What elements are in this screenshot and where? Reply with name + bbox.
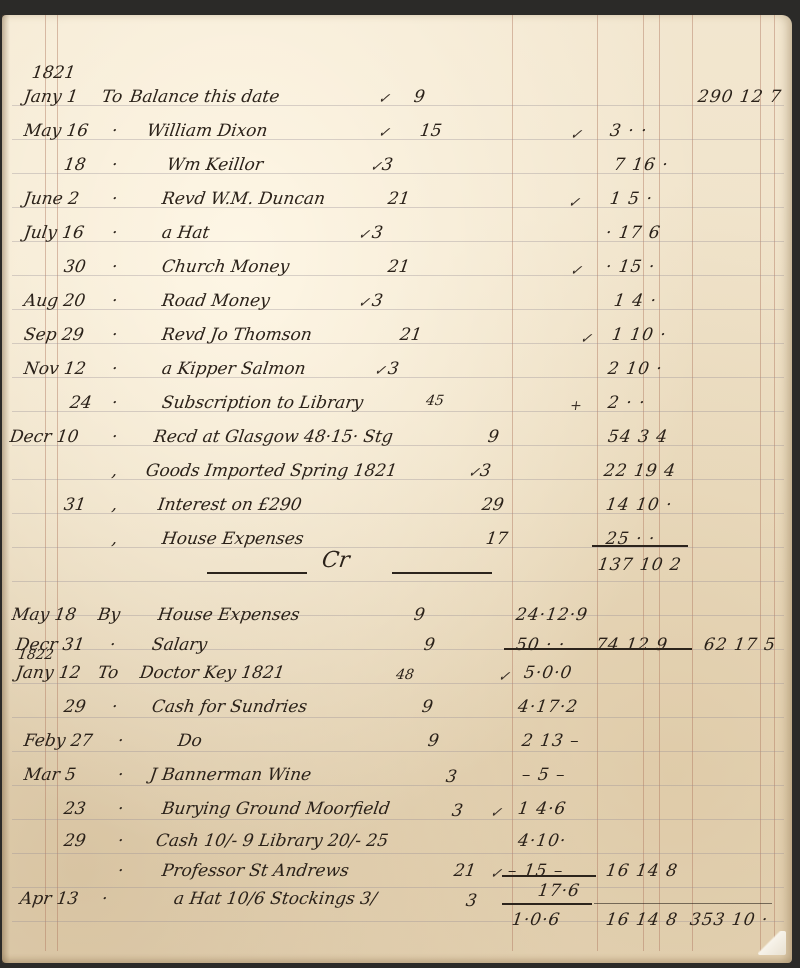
entry-date: Decr 10 [9,427,80,447]
entry-amount: 2 · · [607,393,647,413]
entry-description: Recd at Glasgow 48·15· Stg [153,427,395,447]
entry-date: 18 [63,155,87,175]
entry-amount: · 15 · [605,257,657,277]
final-amount: 1·0·6 [511,910,562,930]
entry-description: a Kipper Salmon [161,359,307,379]
entry-description: Professor St Andrews [161,861,351,881]
folio-ref: 21 [399,325,423,345]
entry-date: June 2 [23,189,81,209]
entry-prefix: · [111,697,119,717]
folio-ref: 9 [487,427,501,447]
folio-ref: 9 [423,635,437,655]
entry-date: Jany 12 [15,663,82,683]
entry-amount: 24·12·9 [515,605,590,625]
ruled-line [12,615,784,616]
folio-ref: 17 [485,529,509,549]
folio-ref: 3 [381,155,395,175]
entry-prefix: · [117,799,125,819]
entry-prefix: · [111,427,119,447]
carry-mark: 3 [465,891,479,911]
posted-mark: ✓ [489,803,504,823]
entry-prefix: · [117,731,125,751]
ruled-line [12,547,784,548]
entry-amount: 1 5 · [609,189,655,209]
entry-amount: 54 3 4 [607,427,670,447]
entry-description: House Expenses [157,605,301,625]
entry-amount: 22 19 4 [603,461,678,481]
entry-date: Nov 12 [23,359,88,379]
section-divider-right [392,572,492,574]
entry-description: Wm Keillor [166,155,265,175]
final-rule-2 [594,903,772,904]
entry-prefix: · [111,189,119,209]
ruled-line [12,717,784,718]
binding-edge [2,15,10,963]
folio-ref: 48 [395,665,416,685]
entry-description: Salary [151,635,209,655]
ruled-line [12,785,784,786]
entry-description: Cash for Sundries [151,697,309,717]
balance-column-rule-3 [774,15,775,951]
entry-description: Do [177,731,204,751]
entry-description: a Hat 10/6 Stockings 3/ [173,889,379,909]
entry-description: J Bannerman Wine [149,765,313,785]
entry-prefix: · [111,359,119,379]
opening-balance: 290 12 7 [697,87,784,107]
folio-ref: 21 [387,189,411,209]
posted-mark: + [569,396,584,416]
entry-prefix: · [111,325,119,345]
entry-date: Feby 27 [23,731,94,751]
ruled-line [12,173,784,174]
entry-prefix: · [101,889,109,909]
entry-description: Doctor Key 1821 [139,663,286,683]
folio-ref: 21 [453,861,477,881]
entry-prefix: · [111,155,119,175]
entry-description: Subscription to Library [161,393,365,413]
final-subtotal: 16 14 8 [605,910,680,930]
entry-description: a Hat [161,223,211,243]
posted-mark: ✓ [569,125,584,145]
entry-prefix: · [111,393,119,413]
debit-total: 137 10 2 [597,555,684,575]
entry-date: 31 [63,495,87,515]
entry-date: Aug 20 [23,291,87,311]
entry-date: Apr 13 [19,889,80,909]
entry-description: William Dixon [146,121,269,141]
subtotal-rule [592,545,688,547]
entry-amount: · 17 6 [605,223,662,243]
ruled-line [12,139,784,140]
entry-date: Jany 1 [23,87,80,107]
ruled-line [12,241,784,242]
entry-amount: 17·6 [537,881,582,901]
entry-prefix: , [111,529,119,549]
entry-date: May 16 [23,121,90,141]
final-grand-total: 353 10 · [689,910,770,930]
entry-amount: 14 10 · [605,495,674,515]
ruled-line [12,377,784,378]
entry-description: Cash 10/- 9 Library 20/- 25 [155,831,390,851]
entry-prefix: · [117,765,125,785]
entry-amount: 4·17·2 [517,697,580,717]
entry-date: July 16 [23,223,86,243]
posted-mark: ✓ [569,261,584,281]
folio-ref: 29 [481,495,505,515]
check-mark: ✓ [357,225,372,245]
entry-prefix: · [117,861,125,881]
entry-prefix: · [109,635,117,655]
entry-amount: 50 · · [515,635,567,655]
section-divider-left [207,572,307,574]
entry-description: Balance this date [129,87,281,107]
entry-amount: 1 10 · [611,325,668,345]
entry-description: Burying Ground Moorfield [161,799,392,819]
entry-amount: 7 16 · [613,155,670,175]
entry-prefix: · [111,121,119,141]
ruled-line [12,853,784,854]
check-mark: ✓ [357,293,372,313]
posted-mark: ✓ [489,864,504,884]
folio-ref: 3 [451,801,465,821]
ledger-page: 1821 Jany 1 To Balance this date ✓ 9 290… [2,15,792,963]
entry-prefix: · [111,257,119,277]
entry-prefix: · [111,291,119,311]
entry-subtotal: 74 12 9 [595,635,670,655]
ruled-line [12,309,784,310]
folio-ref: 15 [419,121,443,141]
entry-amount: 3 · · [609,121,649,141]
entry-date: 24 [69,393,93,413]
ruled-line [12,819,784,820]
balance-column-rule [692,15,693,951]
balance-column-rule-2 [760,15,761,951]
entry-description: Goods Imported Spring 1821 [145,461,399,481]
entry-date: Mar 5 [23,765,78,785]
folio-ref: 3 [479,461,493,481]
entry-prefix: , [111,461,119,481]
pounds-column-rule [597,15,598,951]
year-heading: 1821 [31,63,77,83]
entry-prefix: By [97,605,122,625]
entry-date: May 18 [11,605,78,625]
entry-description: Interest on £290 [157,495,303,515]
ruled-line [12,445,784,446]
entry-date: 23 [63,799,87,819]
entry-description: House Expenses [161,529,305,549]
entry-description: Revd Jo Thomson [161,325,314,345]
entry-date: 29 [63,697,87,717]
credit-heading: Cr [321,551,351,571]
folio-ref: 3 [387,359,401,379]
folio-ref: 9 [421,697,435,717]
entry-prefix: · [117,831,125,851]
posted-mark: ✓ [497,667,512,687]
folio-ref: 9 [413,605,427,625]
final-rule [502,903,592,905]
check-mark: ✓ [377,89,392,109]
entry-date: 29 [63,831,87,851]
entry-prefix: To [97,663,120,683]
amount-column-rule [512,15,513,951]
entry-amount: – 15 – [507,861,565,881]
check-mark: ✓ [373,361,388,381]
entry-amount: 5·0·0 [523,663,574,683]
entry-prefix: , [111,495,119,515]
entry-description: Road Money [161,291,272,311]
folio-ref: 3 [445,767,459,787]
credit-grand-total: 62 17 5 [703,635,778,655]
entry-date: Sep 29 [23,325,85,345]
folio-ref: 9 [427,731,441,751]
year-marker: 1822 [17,645,55,665]
check-mark: ✓ [377,123,392,143]
folio-ref: 21 [387,257,411,277]
entry-amount: 1 4·6 [517,799,568,819]
ruled-line [12,887,784,888]
ruled-line [12,751,784,752]
entry-amount: 4·10· [517,831,568,851]
subtotal-rule [502,875,596,877]
entry-amount: 2 10 · [607,359,664,379]
entry-amount: 2 13 – [521,731,582,751]
entry-amount: – 5 – [521,765,567,785]
ruled-line [12,411,784,412]
folio-ref: 45 [425,391,446,411]
posted-mark: ✓ [567,193,582,213]
entry-prefix: · [111,223,119,243]
entry-subtotal: 16 14 8 [605,861,680,881]
date-margin-rule [45,15,46,951]
ruled-line [12,581,784,582]
folio-ref: 3 [371,223,385,243]
torn-corner [758,931,786,955]
entry-prefix: To [101,87,124,107]
entry-description: Church Money [161,257,291,277]
date-margin-rule-2 [57,15,58,951]
entry-description: Revd W.M. Duncan [161,189,327,209]
entry-amount: 1 4 · [613,291,659,311]
entry-date: 30 [63,257,87,277]
folio-ref: 3 [371,291,385,311]
posted-mark: ✓ [579,329,594,349]
subtotal-rule [504,648,692,650]
folio-ref: 9 [413,87,427,107]
